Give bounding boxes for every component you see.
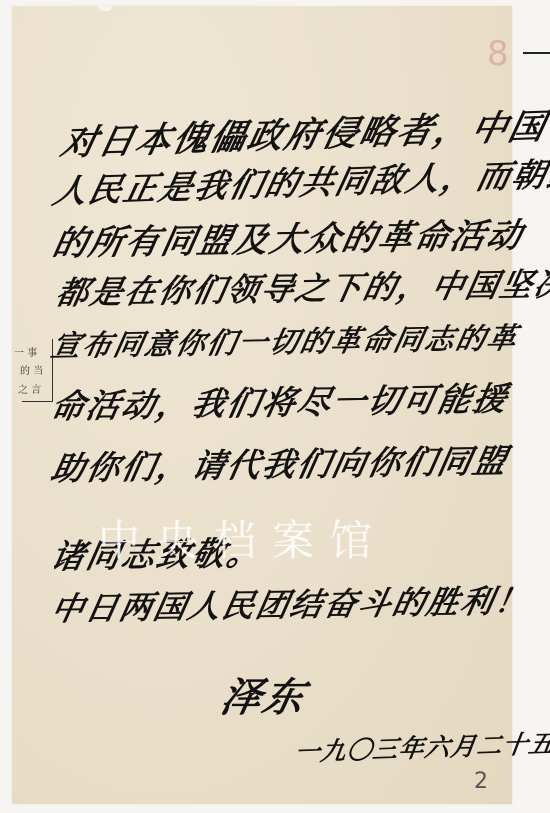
margin-note: 的 当 <box>20 362 43 377</box>
manuscript-page: 8 一 事 的 当 之 言 对日本傀儡政府侵略者，中国 人民正是我们的共同敌人，… <box>12 6 512 804</box>
margin-note: 之 言 <box>18 381 41 396</box>
body-line-6: 命活动，我们将尽一切可能援 <box>47 373 513 428</box>
signature: 泽东 <box>216 666 312 723</box>
body-line-4: 都是在你们领导之下的，中国坚决 <box>53 259 550 314</box>
edge-tick-mark <box>523 52 550 54</box>
archive-page-number: 8 <box>487 34 509 74</box>
date-line: 一九〇三年六月二十五日 <box>293 723 550 769</box>
pencil-page-number: 2 <box>474 769 488 794</box>
archive-watermark: 中央档案馆 <box>98 508 388 568</box>
body-line-5: 宣布同意你们一切的革命同志的革 <box>48 316 523 365</box>
body-line-3: 的所有同盟及大众的革命活动 <box>49 208 528 265</box>
body-line-9: 中日两国人民团结奋斗的胜利！ <box>48 576 535 630</box>
margin-note: 一 事 <box>14 344 37 359</box>
paper-notch <box>98 6 112 11</box>
body-line-7: 助你们，请代我们向你们同盟 <box>47 435 513 490</box>
